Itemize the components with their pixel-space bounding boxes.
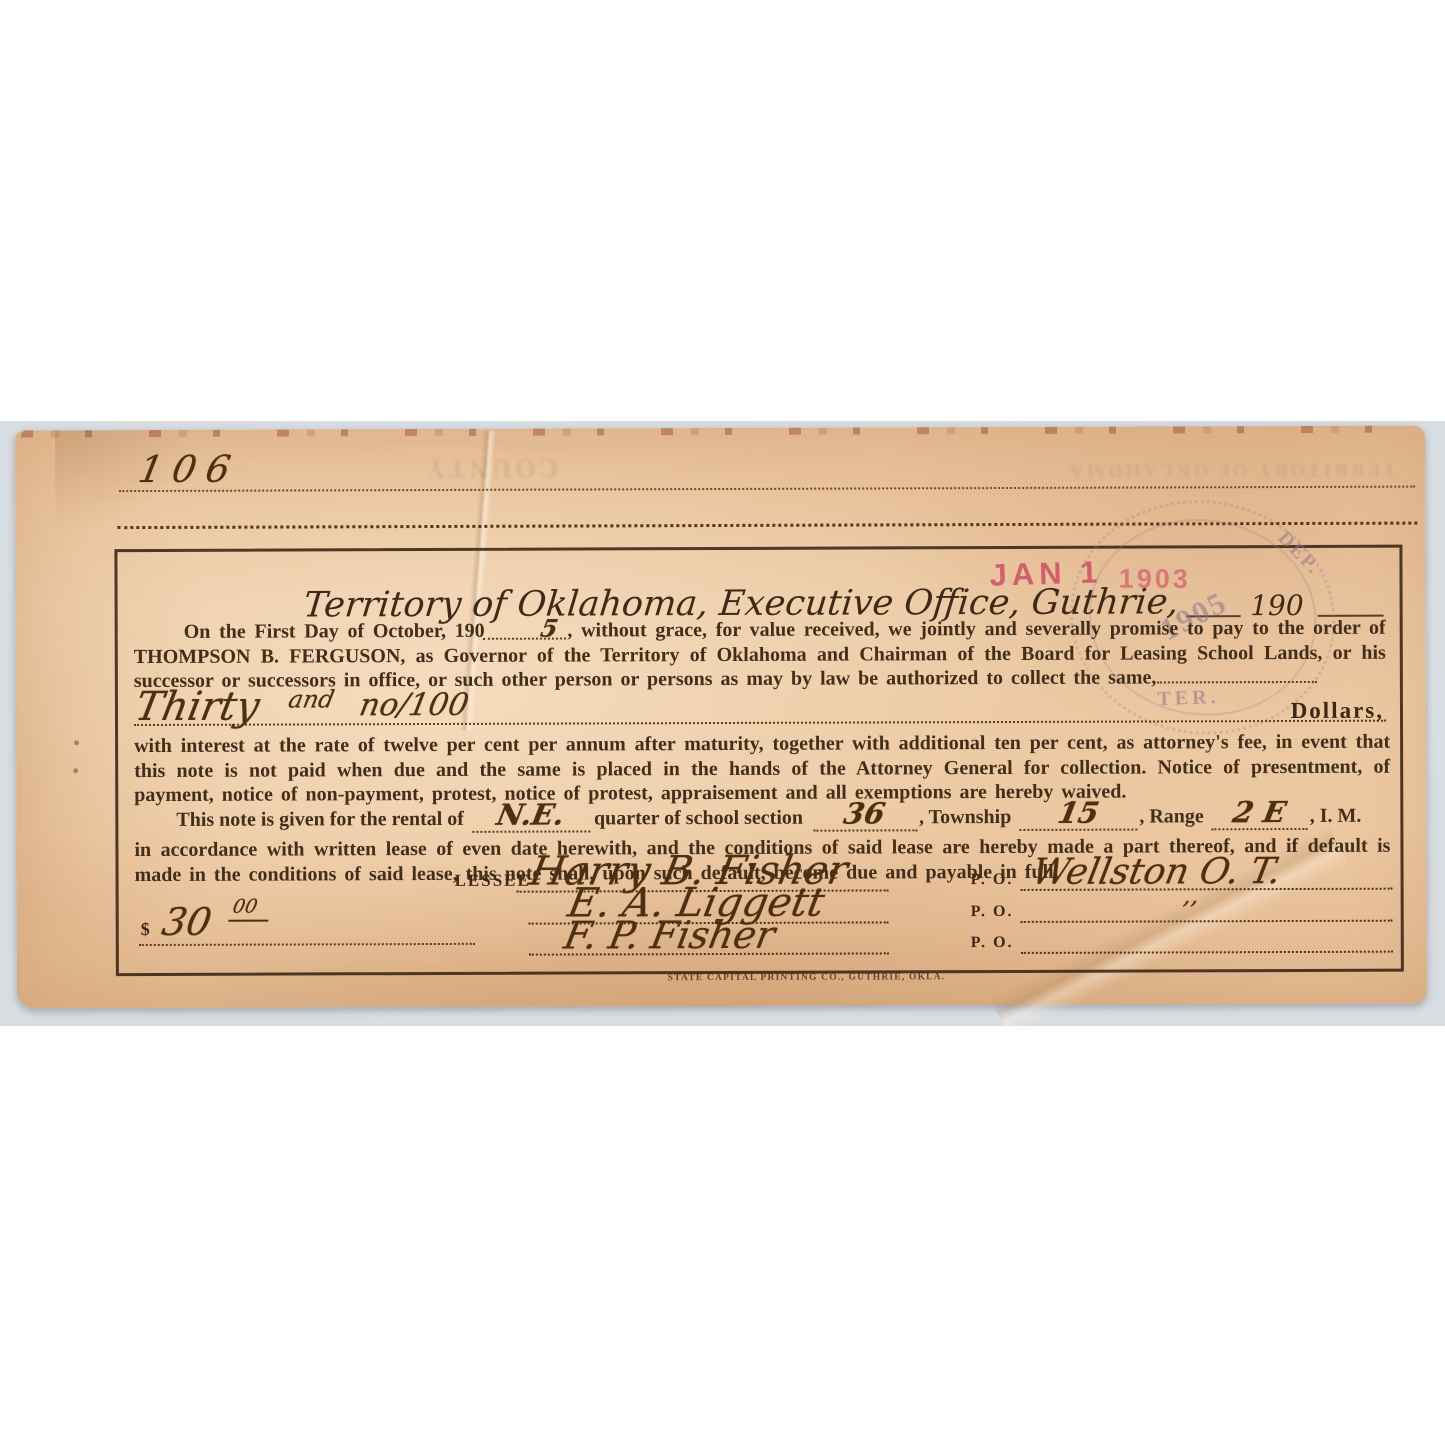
po-value: Wellston O. T. [1029, 851, 1285, 893]
signature-line: F. P. Fisher [529, 952, 889, 955]
stamp-month-day: JAN 1 [989, 554, 1103, 592]
promise-paragraph: On the First Day of October, 1905, witho… [134, 616, 1386, 694]
ledger-number: 106 [135, 448, 244, 491]
amount-word: Thirty [132, 684, 264, 730]
section-fill: 36 [813, 806, 917, 831]
handwritten-township: 15 [1057, 808, 1099, 818]
interest-paragraph: with interest at the rate of twelve per … [134, 730, 1390, 808]
po-line: Wellston O. T. [1021, 888, 1393, 891]
bleedthrough-text: TERRITORY OF OKLAHOMA [1067, 458, 1396, 481]
rental-mid: , Township [919, 806, 1011, 829]
pin-hole [73, 768, 78, 773]
date-received-stamp: JAN 11903 [989, 552, 1191, 594]
amount-figures: $ 30 00 [139, 887, 479, 936]
rental-mid: quarter of school section [594, 807, 803, 831]
quarter-fill: N.E. [472, 807, 590, 832]
stamp-year: 1903 [1119, 564, 1191, 595]
township-fill: 15 [1019, 806, 1137, 831]
dollar-sign: $ [141, 919, 150, 940]
po-ditto: ’’ [1178, 896, 1199, 924]
dollars-label: Dollars, [1291, 698, 1384, 724]
handwritten-section: 36 [844, 808, 886, 818]
pin-hole [74, 740, 79, 745]
dotted-leader [1156, 667, 1316, 684]
amount-line: Thirtyandno/100 Dollars, [134, 694, 1386, 726]
promise-lead: On the First Day of October, 190 [184, 620, 485, 643]
printer-credit: STATE CAPITAL PRINTING CO., GUTHRIE, OKL… [668, 972, 946, 983]
po-label: P. O. [971, 871, 1014, 889]
handwritten-amount: Thirtyandno/100 [136, 683, 469, 730]
rental-line: This note is given for the rental of N.E… [134, 805, 1392, 834]
ruled-line [117, 522, 1417, 530]
amount-conjunction: and [286, 685, 336, 713]
document-paper: COUNTY TERRITORY OF OKLAHOMA 106 Territo… [15, 426, 1427, 1009]
note-border-box: Territory of Oklahoma, Executive Office,… [114, 545, 1403, 976]
po-label: P. O. [971, 903, 1014, 921]
rental-tail: , I. M. [1310, 805, 1362, 828]
po-label: P. O. [971, 934, 1014, 952]
handwritten-year-digit: 5 [483, 620, 570, 640]
po-line: ’’ [1021, 920, 1393, 923]
amount-fraction: no/100 [357, 687, 472, 723]
range-fill: 2 E [1212, 805, 1308, 830]
handwritten-range: 2 E [1233, 807, 1287, 817]
ruled-line [119, 486, 1415, 493]
rental-mid: , Range [1139, 805, 1204, 828]
amount-dotted-line [139, 943, 475, 946]
rental-lead: This note is given for the rental of [134, 808, 464, 832]
handwritten-quarter: N.E. [496, 810, 565, 820]
handwritten-amount-cents: 00 [228, 896, 273, 922]
lessee-signature: F. P. Fisher [561, 913, 779, 958]
handwritten-amount-value: 30 [159, 900, 216, 944]
bleedthrough-text: COUNTY [423, 453, 558, 484]
po-line [1021, 951, 1393, 954]
